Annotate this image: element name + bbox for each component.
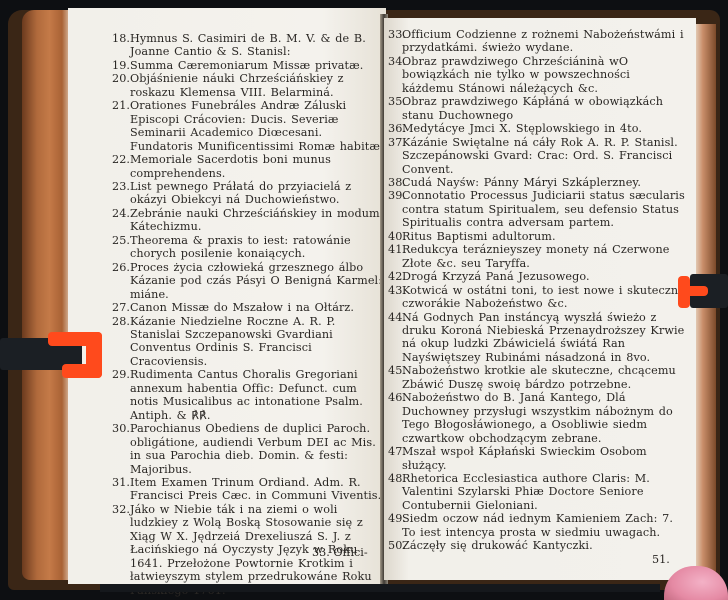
left-page-entries: 18.Hymnus S. Casimiri de B. M. V. & de B… — [112, 32, 388, 597]
clip-tab — [678, 286, 708, 296]
catalog-entry: 46.Nabożeństwo do B. Janá Kantego, Dlá D… — [388, 391, 686, 445]
catalog-entry: 24.Zebránie nauki Chrześciáńskiey in mod… — [112, 207, 388, 234]
catalog-entry: 43.Kotwicá w ostátni toni, to iest nowe … — [388, 284, 686, 311]
page-number: 51. — [652, 553, 670, 566]
right-page-entries: 33.Officium Codzienne z rożnemi Nabożeńs… — [388, 28, 686, 553]
catalog-entry: 23.List pewnego Práłatá do przyiacielá z… — [112, 180, 388, 207]
catalog-entry: 30.Parochianus Obediens de duplici Paroc… — [112, 422, 388, 476]
catalog-entry: 29.Rudimenta Cantus Choralis Gregoriani … — [112, 368, 388, 422]
catalog-entry: 19.Summa Cæremoniarum Missæ privatæ. — [112, 59, 388, 72]
catalog-entry: 33.Officium Codzienne z rożnemi Nabożeńs… — [388, 28, 686, 55]
catalog-entry: 34.Obraz prawdziwego Chrześciáninà wO bo… — [388, 55, 686, 95]
catalog-entry: 35.Obraz prawdziwego Kápłáná w obowiązká… — [388, 95, 686, 122]
catalog-entry: 42.Drogá Krzyzá Paná Jezusowego. — [388, 270, 686, 283]
catalog-entry: 18.Hymnus S. Casimiri de B. M. V. & de B… — [112, 32, 388, 59]
catalog-entry: 45.Nabożeństwo krotkie ale skuteczne, ch… — [388, 364, 686, 391]
catalog-entry: 44.Ná Godnych Pan instáncyą wyszłá śwież… — [388, 311, 686, 365]
catchword: 33. Offici- — [312, 546, 368, 559]
catalog-entry: 47.Mszał wspoł Kápłański Swieckim Osobom… — [388, 445, 686, 472]
catalog-entry: 38.Cudá Nayśw: Pánny Máryi Szkáplerzney. — [388, 176, 686, 189]
catalog-entry: 20.Objáśnienie náuki Chrześciáńskiey z r… — [112, 72, 388, 99]
cover-bottom-edge — [100, 584, 660, 592]
catalog-entry: 21.Orationes Funebráles Andræ Záluski Ep… — [112, 99, 388, 153]
catalog-entry: 28.Kázanie Niedzielne Roczne A. R. P. St… — [112, 315, 388, 369]
catalog-entry: 22.Memoriale Sacerdotis boni munus compr… — [112, 153, 388, 180]
catalog-entry: 31.Item Examen Trinum Ordiand. Adm. R. F… — [112, 476, 388, 503]
page-edges-left — [22, 10, 72, 580]
catalog-entry: 36.Medytácye Jmci X. Stęplowskiego in 4t… — [388, 122, 686, 135]
catalog-entry: 40.Ritus Baptismi adultorum. — [388, 230, 686, 243]
catalog-entry: 37.Kázánie Swiętalne ná cáły Rok A. R. P… — [388, 136, 686, 176]
catalog-entry: 26.Proces życia człowieká grzesznego álb… — [112, 261, 388, 301]
page-clip-left — [0, 330, 104, 380]
left-page: 18.Hymnus S. Casimiri de B. M. V. & de B… — [68, 8, 386, 584]
right-page: 33.Officium Codzienne z rożnemi Nabożeńs… — [384, 18, 696, 580]
catalog-entry: 48.Rhetorica Ecclesiastica authore Clari… — [388, 472, 686, 512]
catalog-entry: 50.Záczęły się drukowáć Kantyczki. — [388, 539, 686, 552]
clip-tab — [62, 364, 102, 378]
catalog-entry: 49.Siedm oczow nád iednym Kamieniem Zach… — [388, 512, 686, 539]
catalog-entry: 25.Theorema & praxis to iest: ratowánie … — [112, 234, 388, 261]
page-clip-right — [678, 272, 728, 310]
catalog-entry: 27.Canon Missæ do Mszałow i na Ołtárz. — [112, 301, 388, 314]
catalog-entry: 41.Redukcya teráznieyszey monety ná Czer… — [388, 243, 686, 270]
catalog-entry: 39.Connotatio Processus Judiciarii statu… — [388, 189, 686, 229]
